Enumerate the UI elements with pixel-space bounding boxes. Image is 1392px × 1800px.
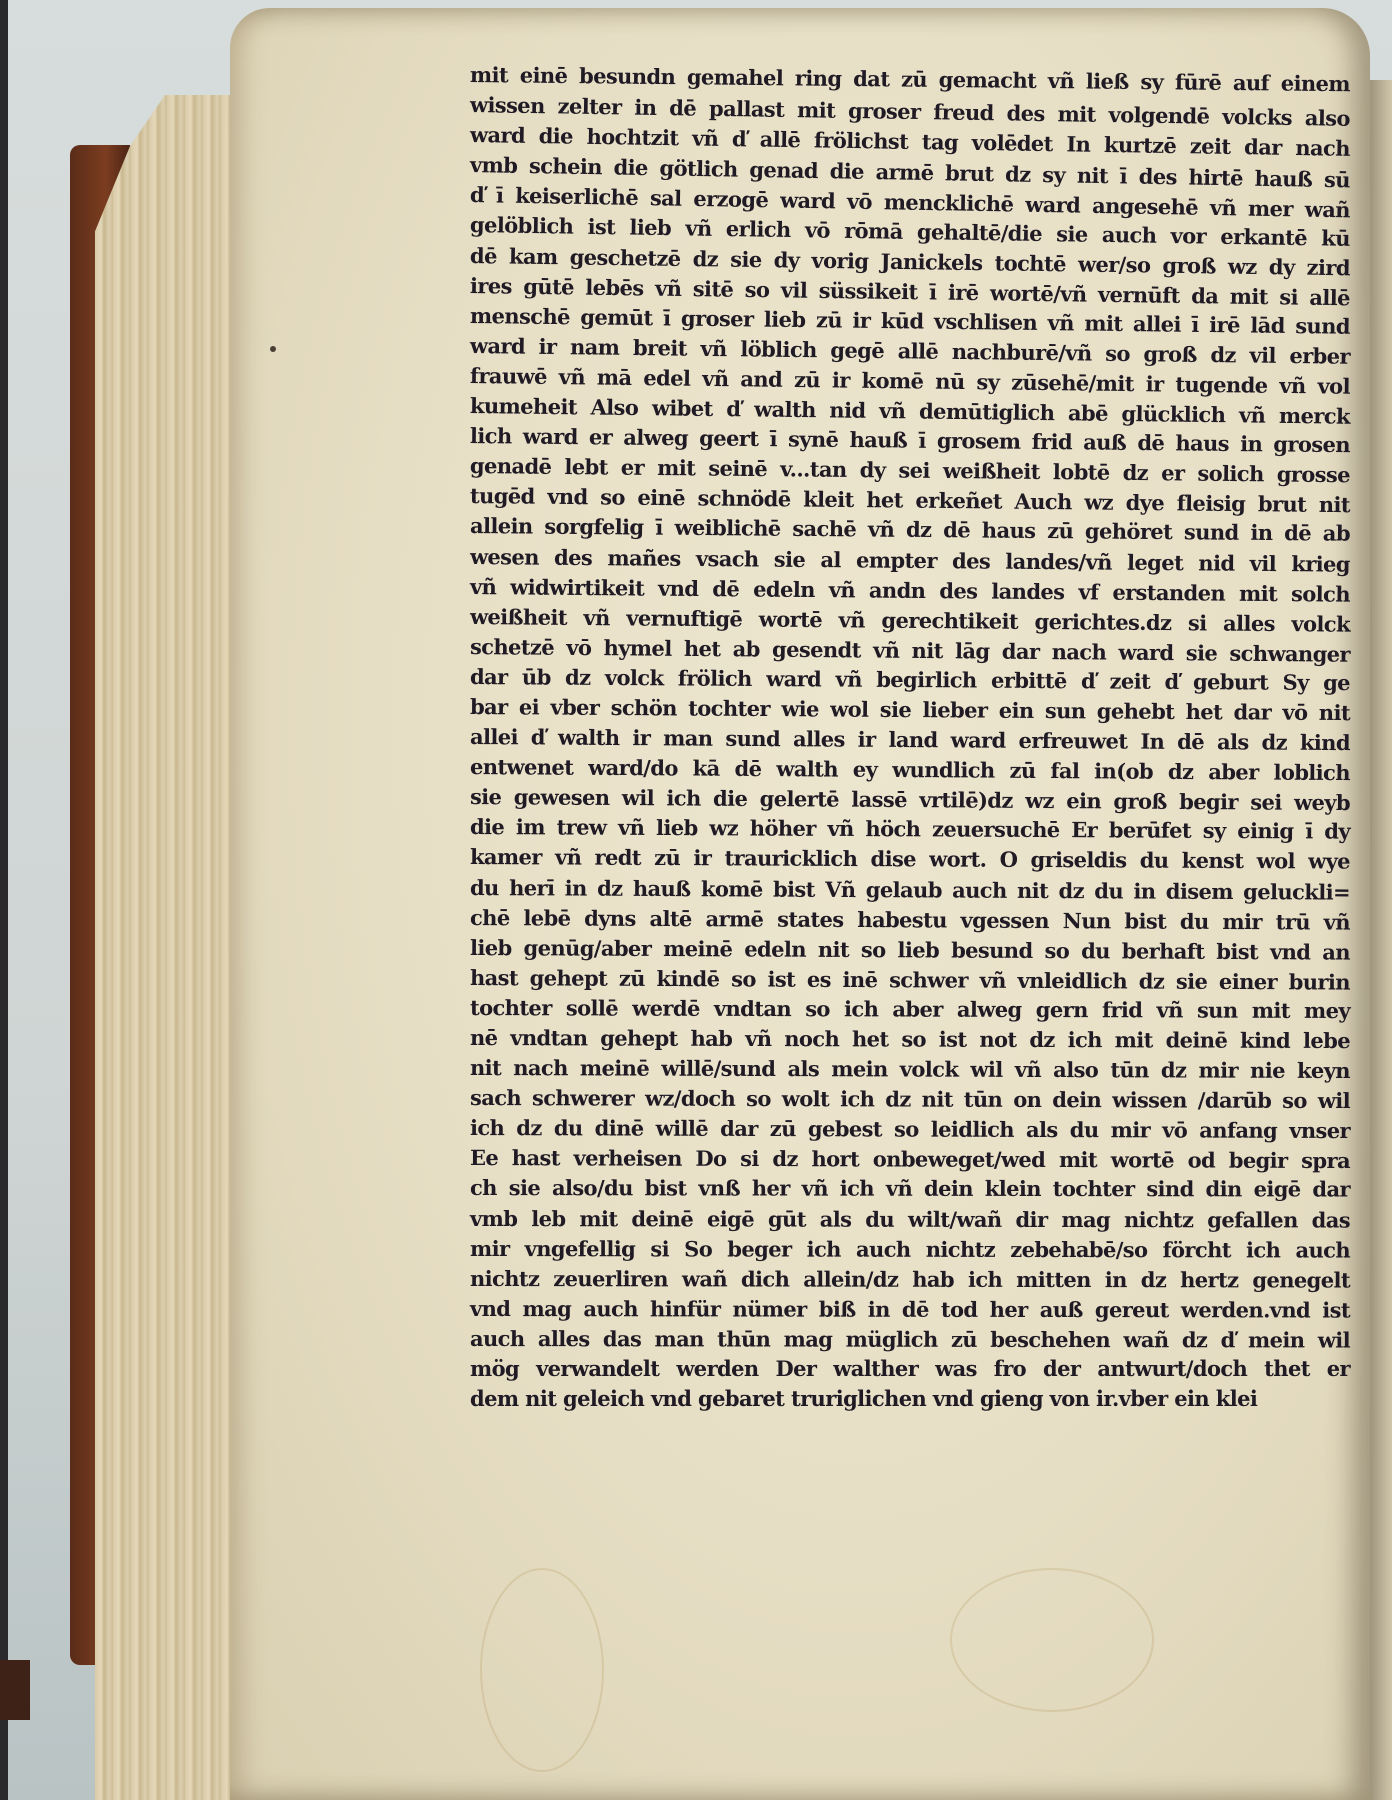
water-stain (480, 1568, 604, 1772)
text-line: vnd mag auch hinfür nümer biß in dē tod … (470, 1294, 1350, 1326)
text-line: nē vndtan gehept hab vñ noch het so ist … (470, 1023, 1350, 1056)
text-line: mir vngefellig si So beger ich auch nich… (470, 1234, 1350, 1266)
ink-spot (270, 346, 276, 352)
printed-text-block: mit einē besundn gemahel ring dat zū gem… (470, 60, 1350, 1414)
text-line: sach schwerer wz/doch so wolt ich dz nit… (470, 1083, 1350, 1116)
text-line: hast gehept zū kindē so ist es inē schwe… (470, 963, 1350, 998)
text-line: du herī in dz hauß komē bist Vñ gelaub a… (470, 873, 1350, 908)
water-stain (950, 1568, 1154, 1712)
text-line: nichtz zeuerliren wañ dich allein/dz hab… (470, 1264, 1350, 1296)
text-line: chē lebē dyns altē armē states habestu v… (470, 903, 1350, 938)
text-line: vmb leb mit deinē eigē gūt als du wilt/w… (470, 1204, 1350, 1236)
text-line: nit nach meinē willē/sund als mein volck… (470, 1053, 1350, 1086)
text-line: auch alles das man thūn mag müglich zū b… (470, 1324, 1350, 1356)
text-line: Ee hast verheisen Do si dz hort onbewege… (470, 1143, 1350, 1176)
text-line: mög verwandelt werden Der walther was fr… (470, 1354, 1350, 1384)
text-line: kamer vñ redt zū ir trauricklich dise wo… (470, 842, 1350, 877)
text-line: ich dz du dinē willē dar zū gebest so le… (470, 1113, 1350, 1146)
text-line: ch sie also/du bist vnß her vñ ich vñ de… (470, 1173, 1350, 1205)
text-line: dem nit geleich vnd gebaret truriglichen… (470, 1384, 1350, 1414)
text-line: tochter sollē werdē vndtan so ich aber a… (470, 993, 1350, 1026)
book-cover-corner (0, 1660, 30, 1720)
dark-edge (0, 0, 8, 1800)
text-line: lieb genūg/aber meinē edeln nit so lieb … (470, 933, 1350, 968)
